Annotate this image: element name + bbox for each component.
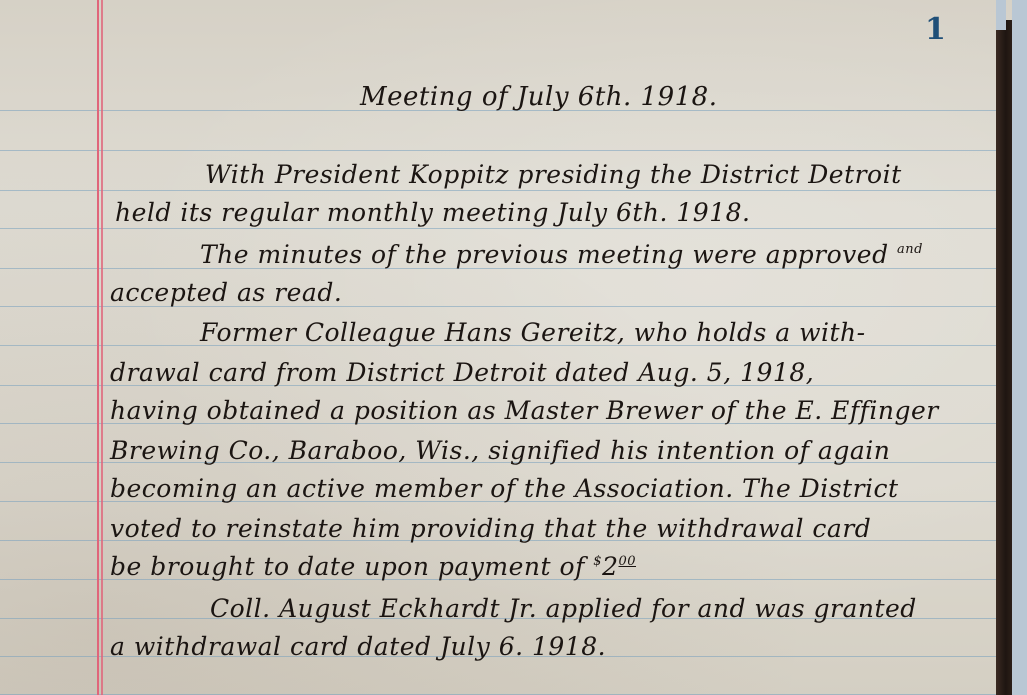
text-line-12: Coll. August Eckhardt Jr. applied for an… xyxy=(210,594,917,623)
text-line-13: a withdrawal card dated July 6. 1918. xyxy=(110,632,606,661)
book-binding-edge xyxy=(996,20,1012,695)
payment-value: 2 xyxy=(602,552,618,581)
payment-cents: 00 xyxy=(618,554,636,569)
text-line-9: becoming an active member of the Associa… xyxy=(110,474,899,503)
text-line-1: With President Koppitz presiding the Dis… xyxy=(205,160,902,189)
text-line-3-main: The minutes of the previous meeting were… xyxy=(200,240,889,269)
text-line-11-main: be brought to date upon payment of xyxy=(110,552,585,581)
text-line-8: Brewing Co., Baraboo, Wis., signified hi… xyxy=(110,436,890,465)
insertion-and: and xyxy=(897,242,923,257)
text-line-11: be brought to date upon payment of $200 xyxy=(110,552,636,581)
ruled-line xyxy=(0,150,1012,151)
ledger-page: 1 Meeting of July 6th. 1918. With Presid… xyxy=(0,0,1012,695)
background-gap xyxy=(996,0,1006,30)
text-line-6: drawal card from District Detroit dated … xyxy=(110,358,814,387)
text-line-7: having obtained a position as Master Bre… xyxy=(110,396,939,425)
meeting-title: Meeting of July 6th. 1918. xyxy=(360,82,718,112)
payment-dollar-sign: $ xyxy=(593,554,602,569)
margin-rule-left xyxy=(97,0,99,695)
text-line-4: accepted as read. xyxy=(110,278,342,307)
text-line-5: Former Colleague Hans Gereitz, who holds… xyxy=(200,318,866,347)
ruled-line xyxy=(0,190,1012,191)
page-number: 1 xyxy=(925,12,946,47)
ruled-line xyxy=(0,228,1012,229)
text-line-2: held its regular monthly meeting July 6t… xyxy=(115,198,750,227)
text-line-3: The minutes of the previous meeting were… xyxy=(200,240,923,269)
text-line-10: voted to reinstate him providing that th… xyxy=(110,514,871,543)
margin-rule-right xyxy=(101,0,103,695)
